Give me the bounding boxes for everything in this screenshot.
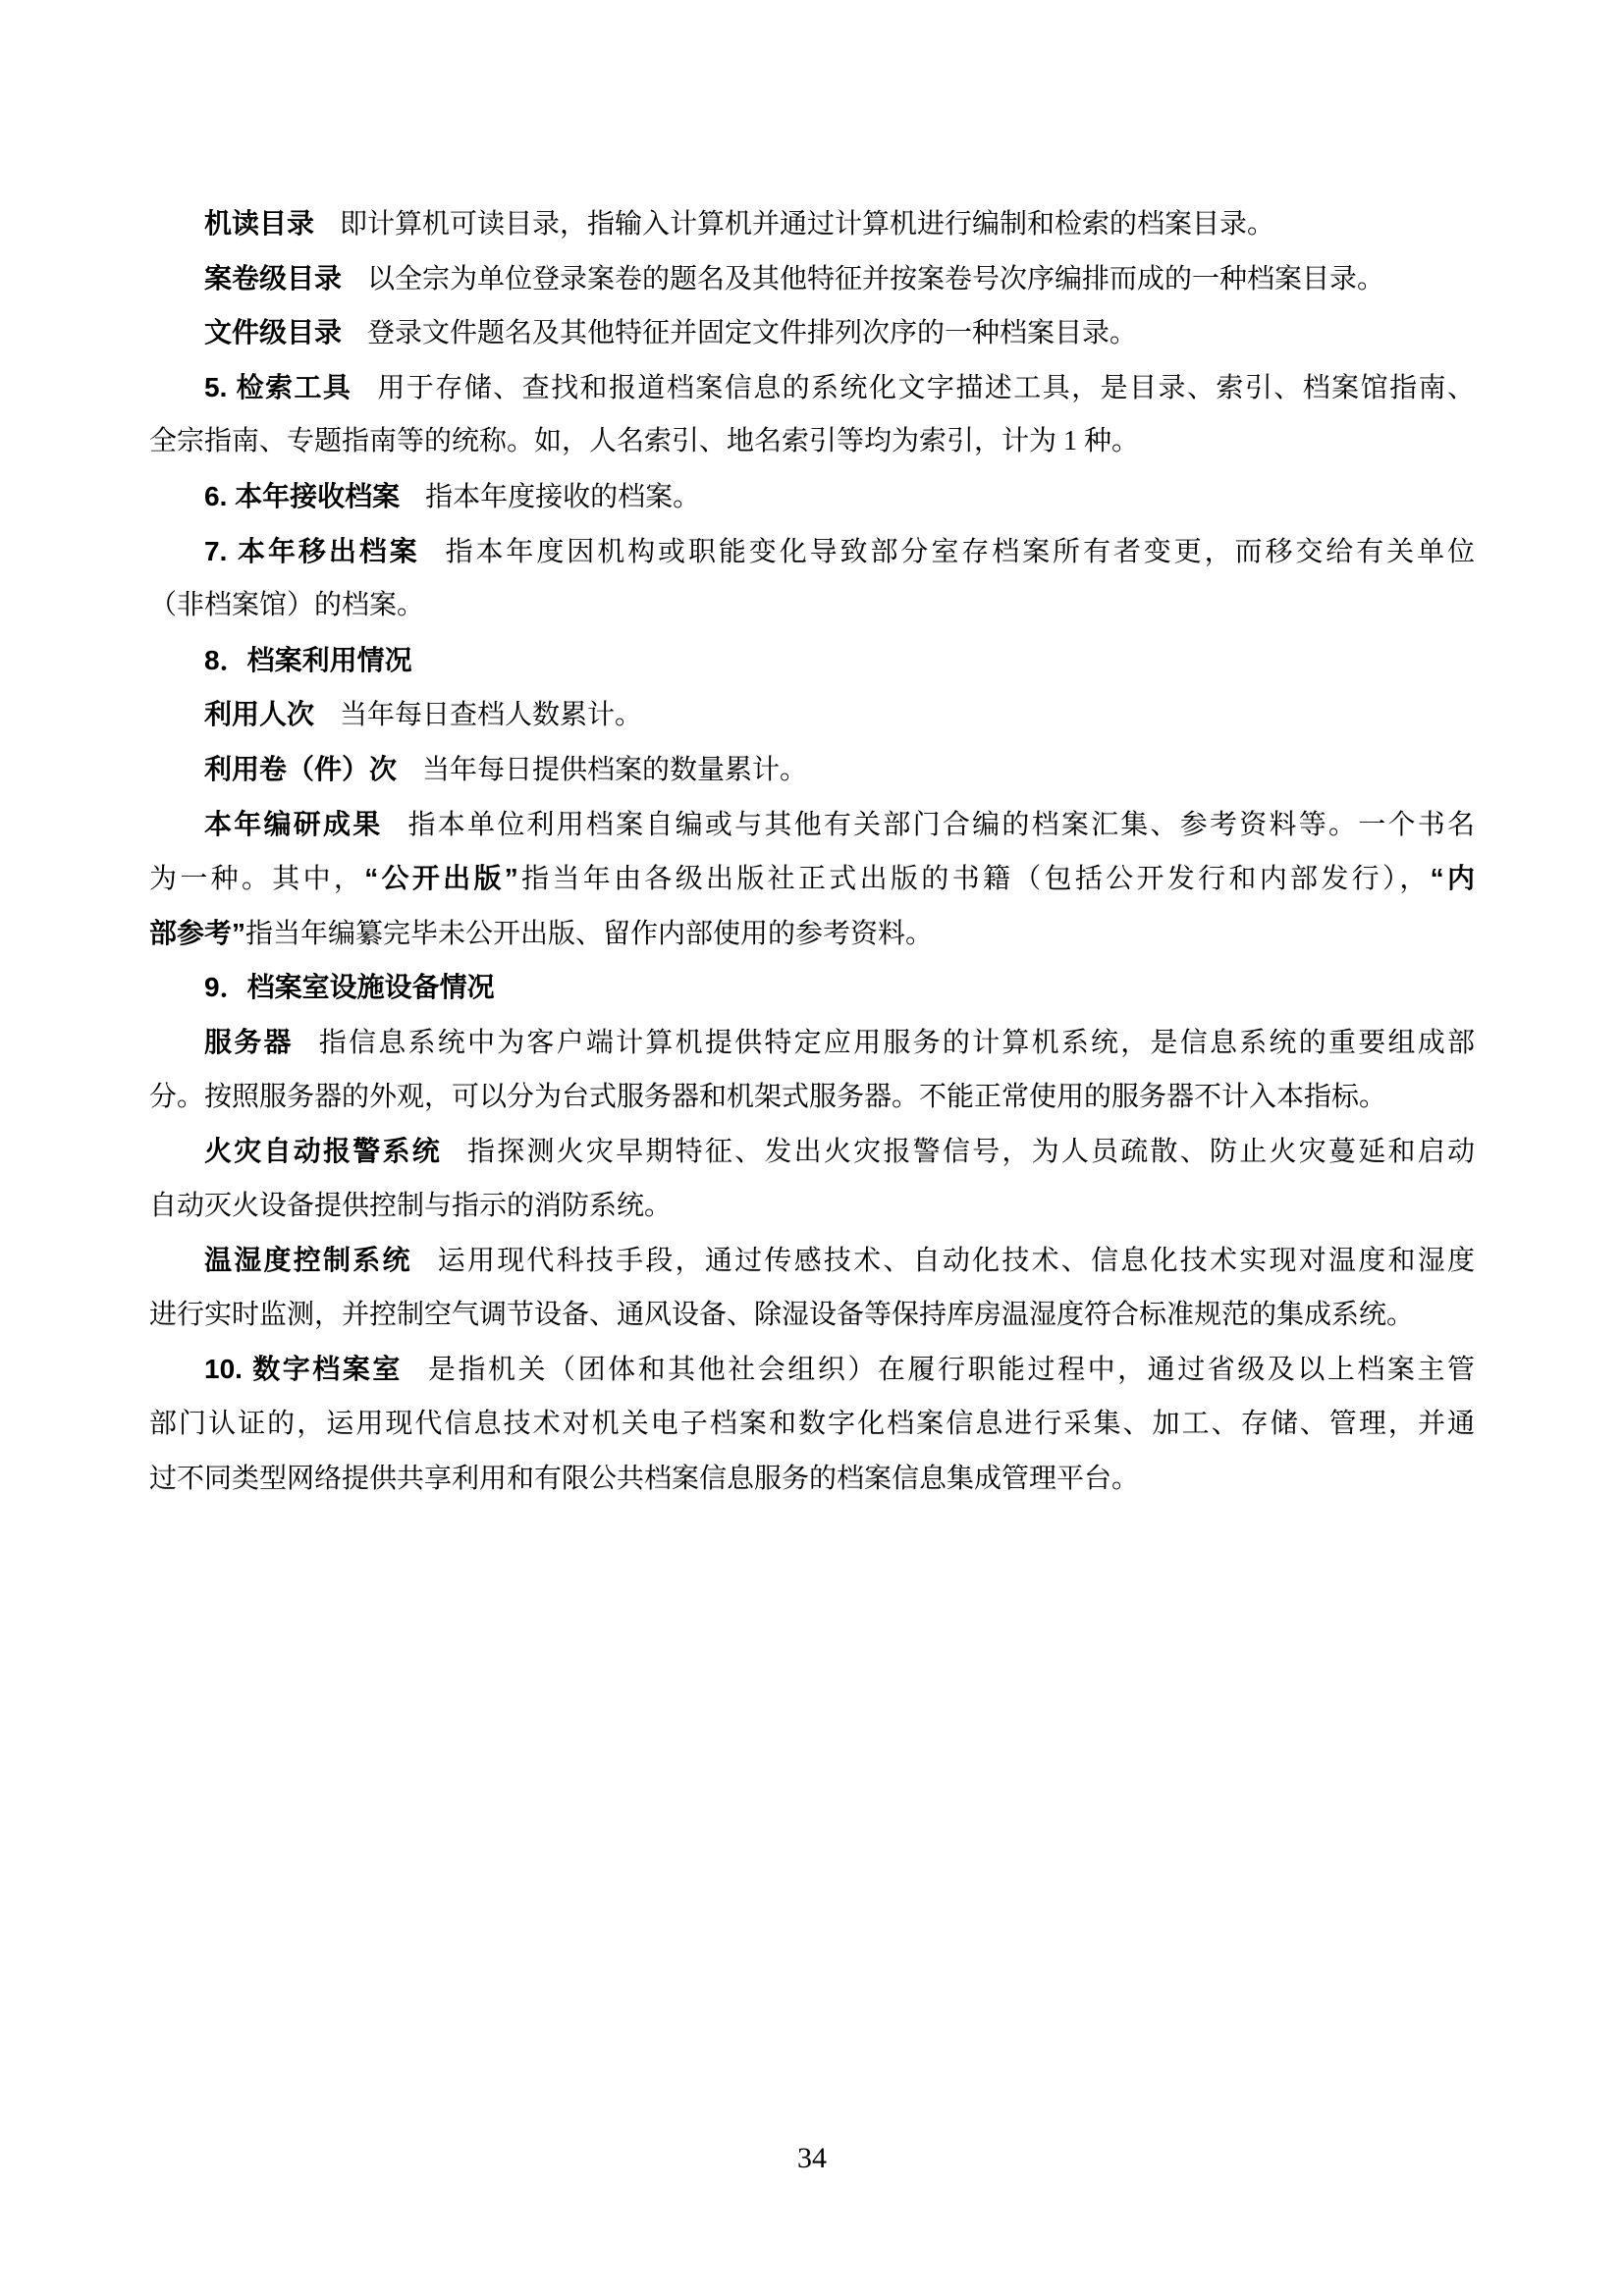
body-text: 当年每日提供档案的数量累计。 — [422, 755, 807, 785]
text-line: 部门认证的，运用现代信息技术对机关电子档案和数字化档案信息进行采集、加工、存储、… — [149, 1397, 1475, 1452]
text-line: 本年编研成果指本单位利用档案自编或与其他有关部门合编的档案汇集、参考资料等。一个… — [149, 797, 1475, 852]
document-body: 机读目录即计算机可读目录，指输入计算机并通过计算机进行编制和检索的档案目录。案卷… — [149, 196, 1475, 1506]
text-line: 自动灭火设备提供控制与指示的消防系统。 — [149, 1179, 1475, 1234]
body-text: 过不同类型网络提供共享利用和有限公共档案信息服务的档案信息集成管理平台。 — [149, 1464, 1139, 1494]
text-line: 进行实时监测，并控制空气调节设备、通风设备、除湿设备等保持库房温湿度符合标准规范… — [149, 1288, 1475, 1343]
text-line: 9．档案室设施设备情况 — [149, 960, 1475, 1015]
body-text: 部门认证的，运用现代信息技术对机关电子档案和数字化档案信息进行采集、加工、存储、… — [149, 1409, 1475, 1439]
body-text: 登录文件题名及其他特征并固定文件排列次序的一种档案目录。 — [367, 318, 1137, 348]
page-number: 34 — [0, 2142, 1624, 2175]
term-text: 9．档案室设施设备情况 — [204, 972, 495, 1002]
term-text: 利用卷（件）次 — [204, 754, 397, 784]
text-line: 6. 本年接收档案指本年度接收的档案。 — [149, 469, 1475, 524]
body-text: 用于存储、查找和报道档案信息的系统化文字描述工具，是目录、索引、档案馆指南、 — [377, 373, 1475, 403]
body-text: 自动灭火设备提供控制与指示的消防系统。 — [149, 1191, 672, 1221]
text-line: 10. 数字档案室是指机关（团体和其他社会组织）在履行职能过程中，通过省级及以上… — [149, 1342, 1475, 1397]
text-line: 服务器指信息系统中为客户端计算机提供特定应用服务的计算机系统，是信息系统的重要组… — [149, 1015, 1475, 1070]
text-line: 利用人次当年每日查档人数累计。 — [149, 687, 1475, 742]
text-line: （非档案馆）的档案。 — [149, 578, 1475, 633]
text-line: 5. 检索工具用于存储、查找和报道档案信息的系统化文字描述工具，是目录、索引、档… — [149, 360, 1475, 415]
body-text: 是指机关（团体和其他社会组织）在履行职能过程中，通过省级及以上档案主管 — [428, 1355, 1475, 1385]
body-text: 以全宗为单位登录案卷的题名及其他特征并按案卷号次序编排而成的一种档案目录。 — [367, 264, 1384, 294]
body-text: 即计算机可读目录，指输入计算机并通过计算机进行编制和检索的档案目录。 — [340, 209, 1274, 240]
term-text: 10. 数字档案室 — [204, 1354, 403, 1384]
body-text: 指当年编纂完毕未公开出版、留作内部使用的参考资料。 — [245, 919, 933, 949]
body-text: 指本单位利用档案自编或与其他有关部门合编的档案汇集、参考资料等。一个书名 — [407, 810, 1475, 840]
body-text: 全宗指南、专题指南等的统称。如，人名索引、地名索引等均为索引，计为 1 种。 — [149, 426, 1139, 456]
text-line: 过不同类型网络提供共享利用和有限公共档案信息服务的档案信息集成管理平台。 — [149, 1452, 1475, 1507]
term-text: 8．档案利用情况 — [204, 645, 412, 675]
term-text: “公开出版” — [364, 863, 518, 893]
body-text: 分。按照服务器的外观，可以分为台式服务器和机架式服务器。不能正常使用的服务器不计… — [149, 1082, 1386, 1112]
term-text: 服务器 — [204, 1027, 294, 1057]
term-text: 5. 检索工具 — [204, 372, 352, 402]
term-text: “内 — [1431, 863, 1475, 893]
body-text: 指本年度因机构或职能变化导致部分室存档案所有者变更，而移交给有关单位 — [446, 537, 1475, 567]
text-line: 机读目录即计算机可读目录，指输入计算机并通过计算机进行编制和检索的档案目录。 — [149, 196, 1475, 251]
body-text: 指探测火灾早期特征、发出火灾报警信号，为人员疏散、防止火灾蔓延和启动 — [467, 1137, 1475, 1167]
term-text: 火灾自动报警系统 — [204, 1136, 442, 1166]
term-text: 本年编研成果 — [204, 809, 382, 839]
text-line: 利用卷（件）次当年每日提供档案的数量累计。 — [149, 742, 1475, 797]
text-line: 为一种。其中，“公开出版”指当年由各级出版社正式出版的书籍（包括公开发行和内部发… — [149, 851, 1475, 906]
body-text: 指信息系统中为客户端计算机提供特定应用服务的计算机系统，是信息系统的重要组成部 — [319, 1028, 1475, 1058]
term-text: 7. 本年移出档案 — [204, 536, 420, 566]
term-text: 温湿度控制系统 — [204, 1245, 412, 1275]
body-text: （非档案馆）的档案。 — [149, 590, 424, 620]
term-text: 利用人次 — [204, 699, 314, 729]
body-text: 当年每日查档人数累计。 — [340, 700, 642, 730]
text-line: 8．档案利用情况 — [149, 633, 1475, 688]
body-text: 指本年度接收的档案。 — [425, 482, 700, 512]
text-line: 全宗指南、专题指南等的统称。如，人名索引、地名索引等均为索引，计为 1 种。 — [149, 414, 1475, 469]
term-text: 部参考” — [149, 918, 245, 948]
document-page: 机读目录即计算机可读目录，指输入计算机并通过计算机进行编制和检索的档案目录。案卷… — [0, 0, 1624, 2296]
body-text: 为一种。其中， — [149, 864, 364, 894]
text-line: 分。按照服务器的外观，可以分为台式服务器和机架式服务器。不能正常使用的服务器不计… — [149, 1070, 1475, 1125]
term-text: 6. 本年接收档案 — [204, 481, 400, 511]
text-line: 文件级目录登录文件题名及其他特征并固定文件排列次序的一种档案目录。 — [149, 305, 1475, 360]
term-text: 机读目录 — [204, 208, 314, 239]
term-text: 案卷级目录 — [204, 263, 342, 294]
text-line: 案卷级目录以全宗为单位登录案卷的题名及其他特征并按案卷号次序编排而成的一种档案目… — [149, 251, 1475, 306]
term-text: 文件级目录 — [204, 317, 342, 347]
text-line: 火灾自动报警系统指探测火灾早期特征、发出火灾报警信号，为人员疏散、防止火灾蔓延和… — [149, 1124, 1475, 1179]
body-text: 运用现代科技手段，通过传感技术、自动化技术、信息化技术实现对温度和湿度 — [438, 1246, 1475, 1276]
body-text: 指当年由各级出版社正式出版的书籍（包括公开发行和内部发行）， — [518, 864, 1431, 894]
body-text: 进行实时监测，并控制空气调节设备、通风设备、除湿设备等保持库房温湿度符合标准规范… — [149, 1300, 1414, 1330]
text-line: 7. 本年移出档案指本年度因机构或职能变化导致部分室存档案所有者变更，而移交给有… — [149, 524, 1475, 579]
text-line: 部参考”指当年编纂完毕未公开出版、留作内部使用的参考资料。 — [149, 906, 1475, 961]
text-line: 温湿度控制系统运用现代科技手段，通过传感技术、自动化技术、信息化技术实现对温度和… — [149, 1233, 1475, 1288]
